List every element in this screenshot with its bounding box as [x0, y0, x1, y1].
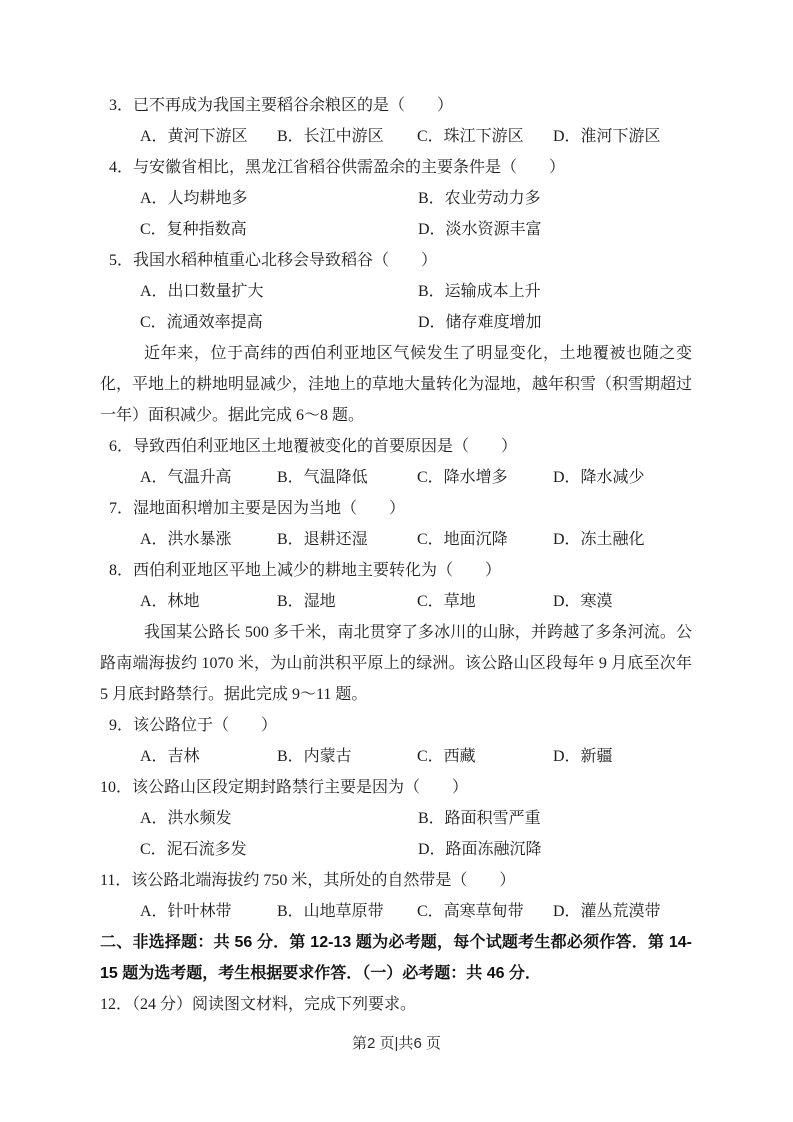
question-stem: 10．该公路山区段定期封路禁行主要是因为（ ）	[100, 772, 692, 803]
question-7: 7．湿地面积增加主要是因为当地（ ） A．洪水暴涨 B．退耕还湿 C．地面沉降 …	[100, 493, 692, 555]
question-options: A．林地 B．湿地 C．草地 D．寒漠	[140, 586, 692, 617]
section-header: 二、非选择题：共 56 分．第 12-13 题为必考题，每个试题考生都必须作答．…	[100, 927, 692, 989]
exam-content: 3．已不再成为我国主要稻谷余粮区的是（ ） A．黄河下游区 B．长江中游区 C．…	[100, 90, 692, 1020]
question-option: B．路面积雪严重	[418, 803, 692, 834]
question-option: D．寒漠	[553, 586, 692, 617]
question-option: A．洪水频发	[140, 803, 418, 834]
question-option: A．针叶林带	[140, 896, 277, 927]
question-option: C．珠江下游区	[417, 121, 553, 152]
question-6: 6．导致西伯利亚地区土地覆被变化的首要原因是（ ） A．气温升高 B．气温降低 …	[100, 431, 692, 493]
question-option: B．长江中游区	[277, 121, 417, 152]
question-stem: 9．该公路位于（ ）	[100, 710, 692, 741]
question-stem: 11．该公路北端海拔约 750 米，其所处的自然带是（ ）	[100, 865, 692, 896]
question-option: C．泥石流多发	[140, 834, 418, 865]
question-option: C．西藏	[417, 741, 553, 772]
question-option: C．高寒草甸带	[417, 896, 553, 927]
question-options: A．吉林 B．内蒙古 C．西藏 D．新疆	[140, 741, 692, 772]
page-footer: 第2 页|共6 页	[0, 1032, 793, 1053]
question-12-intro: 12．（24 分）阅读图文材料，完成下列要求。	[100, 989, 692, 1020]
question-option: D．新疆	[553, 741, 692, 772]
question-option: B．气温降低	[277, 462, 417, 493]
question-8: 8．西伯利亚地区平地上减少的耕地主要转化为（ ） A．林地 B．湿地 C．草地 …	[100, 555, 692, 617]
question-option: B．内蒙古	[277, 741, 417, 772]
question-options: A．出口数量扩大 B．运输成本上升	[140, 276, 692, 307]
question-option: D．储存难度增加	[418, 307, 692, 338]
question-option: D．路面冻融沉降	[418, 834, 692, 865]
question-options: C．复种指数高 D．淡水资源丰富	[140, 214, 692, 245]
question-stem: 3．已不再成为我国主要稻谷余粮区的是（ ）	[100, 90, 692, 121]
question-option: A．人均耕地多	[140, 183, 418, 214]
question-3: 3．已不再成为我国主要稻谷余粮区的是（ ） A．黄河下游区 B．长江中游区 C．…	[100, 90, 692, 152]
passage-highway: 我国某公路长 500 多千米，南北贯穿了多冰川的山脉，并跨越了多条河流。公路南端…	[100, 617, 692, 710]
question-option: A．气温升高	[140, 462, 277, 493]
question-options: A．人均耕地多 B．农业劳动力多	[140, 183, 692, 214]
passage-siberia: 近年来，位于高纬的西伯利亚地区气候发生了明显变化，土地覆被也随之变化，平地上的耕…	[100, 338, 692, 431]
question-option: A．出口数量扩大	[140, 276, 418, 307]
question-option: A．林地	[140, 586, 277, 617]
question-option: B．运输成本上升	[418, 276, 692, 307]
question-option: B．农业劳动力多	[418, 183, 692, 214]
question-stem: 6．导致西伯利亚地区土地覆被变化的首要原因是（ ）	[100, 431, 692, 462]
question-option: C．流通效率提高	[140, 307, 418, 338]
question-option: A．黄河下游区	[140, 121, 277, 152]
question-option: B．山地草原带	[277, 896, 417, 927]
question-option: A．洪水暴涨	[140, 524, 277, 555]
question-options: A．洪水频发 B．路面积雪严重	[140, 803, 692, 834]
question-options: C．流通效率提高 D．储存难度增加	[140, 307, 692, 338]
question-option: C．复种指数高	[140, 214, 418, 245]
question-option: D．灌丛荒漠带	[553, 896, 692, 927]
question-stem: 4．与安徽省相比，黑龙江省稻谷供需盈余的主要条件是（ ）	[100, 152, 692, 183]
question-options: A．气温升高 B．气温降低 C．降水增多 D．降水减少	[140, 462, 692, 493]
question-options: C．泥石流多发 D．路面冻融沉降	[140, 834, 692, 865]
question-9: 9．该公路位于（ ） A．吉林 B．内蒙古 C．西藏 D．新疆	[100, 710, 692, 772]
question-11: 11．该公路北端海拔约 750 米，其所处的自然带是（ ） A．针叶林带 B．山…	[100, 865, 692, 927]
question-option: D．降水减少	[553, 462, 692, 493]
question-option: D．冻土融化	[553, 524, 692, 555]
question-10: 10．该公路山区段定期封路禁行主要是因为（ ） A．洪水频发 B．路面积雪严重 …	[100, 772, 692, 865]
question-option: A．吉林	[140, 741, 277, 772]
question-5: 5．我国水稻种植重心北移会导致稻谷（ ） A．出口数量扩大 B．运输成本上升 C…	[100, 245, 692, 338]
question-option: D．淡水资源丰富	[418, 214, 692, 245]
question-option: C．降水增多	[417, 462, 553, 493]
question-options: A．针叶林带 B．山地草原带 C．高寒草甸带 D．灌丛荒漠带	[140, 896, 692, 927]
question-options: A．黄河下游区 B．长江中游区 C．珠江下游区 D．淮河下游区	[140, 121, 692, 152]
question-stem: 7．湿地面积增加主要是因为当地（ ）	[100, 493, 692, 524]
exam-page: 3．已不再成为我国主要稻谷余粮区的是（ ） A．黄河下游区 B．长江中游区 C．…	[0, 0, 793, 1122]
question-option: C．草地	[417, 586, 553, 617]
question-option: B．湿地	[277, 586, 417, 617]
question-option: C．地面沉降	[417, 524, 553, 555]
question-option: B．退耕还湿	[277, 524, 417, 555]
question-4: 4．与安徽省相比，黑龙江省稻谷供需盈余的主要条件是（ ） A．人均耕地多 B．农…	[100, 152, 692, 245]
question-options: A．洪水暴涨 B．退耕还湿 C．地面沉降 D．冻土融化	[140, 524, 692, 555]
question-stem: 5．我国水稻种植重心北移会导致稻谷（ ）	[100, 245, 692, 276]
question-stem: 8．西伯利亚地区平地上减少的耕地主要转化为（ ）	[100, 555, 692, 586]
question-option: D．淮河下游区	[553, 121, 692, 152]
